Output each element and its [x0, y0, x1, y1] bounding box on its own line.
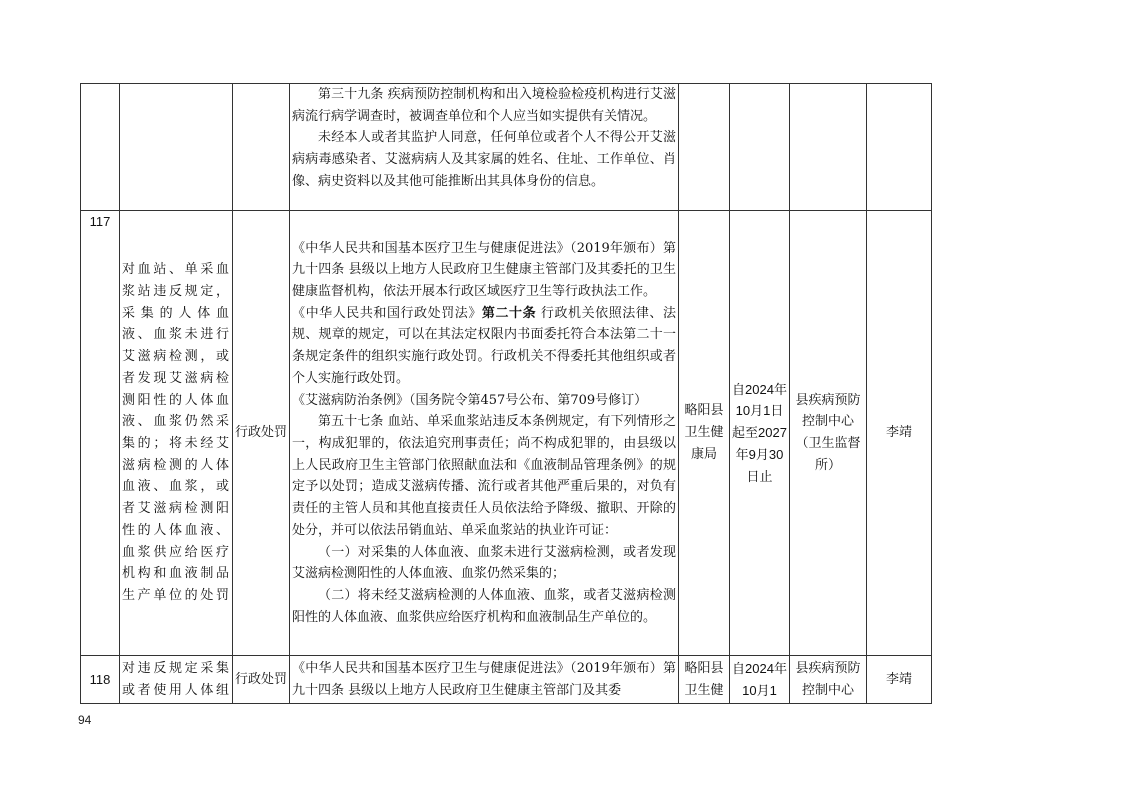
basis-paragraph: 未经本人或者其监护人同意，任何单位或者个人不得公开艾滋病病毒感染者、艾滋病病人及… [292, 127, 676, 192]
responsible-person [867, 84, 932, 211]
basis-paragraph: 第五十七条 血站、单采血浆站违反本条例规定，有下列情形之一，构成犯罪的，依法追究… [292, 411, 676, 541]
responsible-person: 李靖 [867, 211, 932, 656]
legal-basis: 《中华人民共和国基本医疗卫生与健康促进法》（2019年颁布）第九十四条 县级以上… [290, 656, 679, 704]
executor: 县疾病预防控制中心 [790, 656, 867, 704]
authority [679, 84, 730, 211]
authority: 略阳县卫生健康局 [679, 211, 730, 656]
power-type [233, 84, 290, 211]
row-number: 118 [81, 656, 120, 704]
power-type: 行政处罚 [233, 211, 290, 656]
authority: 略阳县卫生健 [679, 656, 730, 704]
legal-basis: 第三十九条 疾病预防控制机构和出入境检验检疫机构进行艾滋病流行病学调查时，被调查… [290, 84, 679, 211]
table-row-117: 117 对血站、单采血浆站违反规定，采集的人体血液、血浆未进行艾滋病检测，或者发… [81, 211, 932, 656]
legal-basis: 《中华人民共和国基本医疗卫生与健康促进法》（2019年颁布）第九十四条 县级以上… [290, 211, 679, 656]
table-row-118: 118 对违反规定采集或者使用人体组 行政处罚 《中华人民共和国基本医疗卫生与健… [81, 656, 932, 704]
basis-paragraph: 第三十九条 疾病预防控制机构和出入境检验检疫机构进行艾滋病流行病学调查时，被调查… [292, 84, 676, 127]
item-name [120, 84, 233, 211]
basis-paragraph: （二）将未经艾滋病检测的人体血液、血浆，或者艾滋病检测阳性的人体血液、血浆供应给… [292, 585, 676, 628]
basis-paragraph: 《中华人民共和国基本医疗卫生与健康促进法》（2019年颁布）第九十四条 县级以上… [292, 658, 676, 701]
entrust-period: 自2024年10月1 [730, 656, 790, 704]
law-title: 《中华人民共和国行政处罚法》 [292, 306, 482, 321]
row-number: 117 [81, 211, 120, 656]
executor: 县疾病预防控制中心（卫生监督所） [790, 211, 867, 656]
basis-paragraph: 《中华人民共和国行政处罚法》第二十条 行政机关依照法律、法规、规章的规定，可以在… [292, 303, 676, 390]
row-number [81, 84, 120, 211]
basis-paragraph: 《中华人民共和国基本医疗卫生与健康促进法》（2019年颁布）第九十四条 县级以上… [292, 238, 676, 303]
table-row-continuation: 第三十九条 疾病预防控制机构和出入境检验检疫机构进行艾滋病流行病学调查时，被调查… [81, 84, 932, 211]
entrust-period: 自2024年10月1日起至2027年9月30日止 [730, 211, 790, 656]
power-type: 行政处罚 [233, 656, 290, 704]
basis-paragraph: （一）对采集的人体血液、血浆未进行艾滋病检测，或者发现艾滋病检测阳性的人体血液、… [292, 542, 676, 585]
entrust-period [730, 84, 790, 211]
page-number: 94 [78, 713, 91, 727]
item-name: 对血站、单采血浆站违反规定，采集的人体血液、血浆未进行艾滋病检测，或者发现艾滋病… [120, 211, 233, 656]
basis-paragraph: 《艾滋病防治条例》（国务院令第457号公布、第709号修订） [292, 390, 676, 412]
power-list-table: 第三十九条 疾病预防控制机构和出入境检验检疫机构进行艾滋病流行病学调查时，被调查… [80, 83, 932, 704]
article-number: 第二十条 [482, 306, 536, 321]
item-name: 对违反规定采集或者使用人体组 [120, 656, 233, 704]
responsible-person: 李靖 [867, 656, 932, 704]
executor [790, 84, 867, 211]
